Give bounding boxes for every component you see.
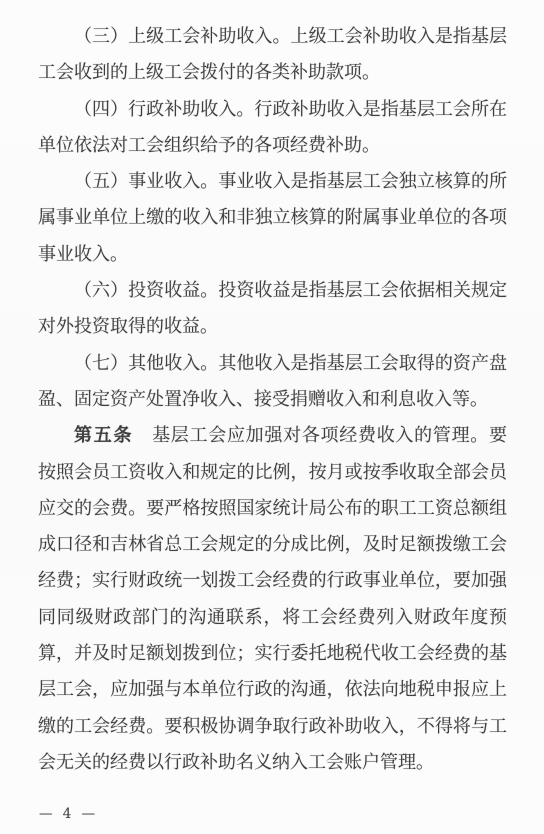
paragraph-item-3: （三）上级工会补助收入。上级工会补助收入是指基层工会收到的上级工会拨付的各类补助…	[38, 19, 507, 92]
document-body: （三）上级工会补助收入。上级工会补助收入是指基层工会收到的上级工会拨付的各类补助…	[38, 19, 507, 781]
page-number: — 4 —	[39, 806, 98, 822]
paragraph-item-7: （七）其他收入。其他收入是指基层工会取得的资产盘盈、固定资产处置净收入、接受捐赠…	[38, 346, 507, 419]
document-page: （三）上级工会补助收入。上级工会补助收入是指基层工会收到的上级工会拨付的各类补助…	[0, 0, 544, 834]
article-number: 第五条	[74, 425, 133, 446]
article-text: 基层工会应加强对各项经费收入的管理。要按照会员工资收入和规定的比例，按月或按季收…	[38, 425, 507, 773]
paragraph-article-5: 第五条基层工会应加强对各项经费收入的管理。要按照会员工资收入和规定的比例，按月或…	[38, 418, 507, 781]
paragraph-item-5: （五）事业收入。事业收入是指基层工会独立核算的所属事业单位上缴的收入和非独立核算…	[38, 164, 507, 273]
paragraph-item-6: （六）投资收益。投资收益是指基层工会依据相关规定对外投资取得的收益。	[38, 273, 507, 346]
paragraph-item-4: （四）行政补助收入。行政补助收入是指基层工会所在单位依法对工会组织给予的各项经费…	[38, 92, 507, 165]
